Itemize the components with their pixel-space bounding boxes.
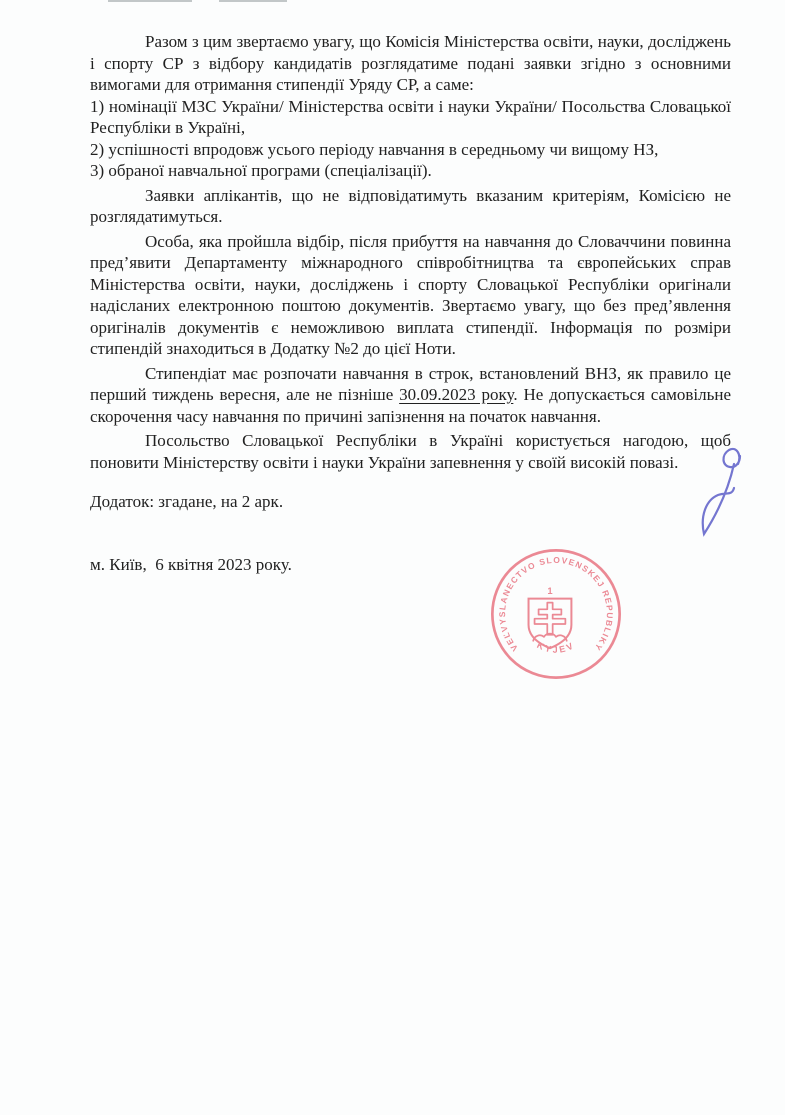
scan-artifact: [108, 0, 192, 2]
document-page: Разом з цим звертаємо увагу, що Комісія …: [0, 0, 785, 1115]
paragraph-criteria: Заявки аплікантів, що не відповідатимуть…: [90, 185, 731, 228]
attachment-note: Додаток: згадане, на 2 арк.: [90, 491, 731, 513]
list-item-3: 3) обраної навчальної програми (спеціалі…: [90, 160, 731, 182]
deadline-date-underlined: 30.09.2023 року: [399, 385, 513, 404]
paragraph-closing: Посольство Словацької Республіки в Украї…: [90, 430, 731, 473]
letter-body: Разом з цим звертаємо увагу, що Комісія …: [90, 31, 731, 575]
list-item-2: 2) успішності впродовж усього періоду на…: [90, 139, 731, 161]
paragraph-deadline: Стипендіат має розпочати навчання в стро…: [90, 363, 731, 428]
paragraph-intro: Разом з цим звертаємо увагу, що Комісія …: [90, 31, 731, 96]
stamp-ring-text: VEĽVYSLANECTVO SLOVENSKEJ REPUBLIKY: [497, 555, 615, 653]
paragraph-arrival: Особа, яка пройшла відбір, після прибутт…: [90, 231, 731, 360]
stamp-number: 1: [547, 586, 552, 596]
embassy-round-stamp: VEĽVYSLANECTVO SLOVENSKEJ REPUBLIKY KYJE…: [489, 547, 623, 681]
double-cross-icon: [535, 603, 566, 635]
list-item-1: 1) номінації МЗС України/ Міністерства о…: [90, 96, 731, 139]
stamp-graphic: VEĽVYSLANECTVO SLOVENSKEJ REPUBLIKY KYJE…: [489, 547, 623, 681]
stamp-city-text: KYJEV: [535, 640, 576, 655]
place-date-line: м. Київ, 6 квітня 2023 року.: [90, 554, 731, 576]
signature-ink: [688, 444, 750, 540]
scan-artifact: [219, 0, 287, 2]
handwritten-signature: [688, 444, 750, 540]
